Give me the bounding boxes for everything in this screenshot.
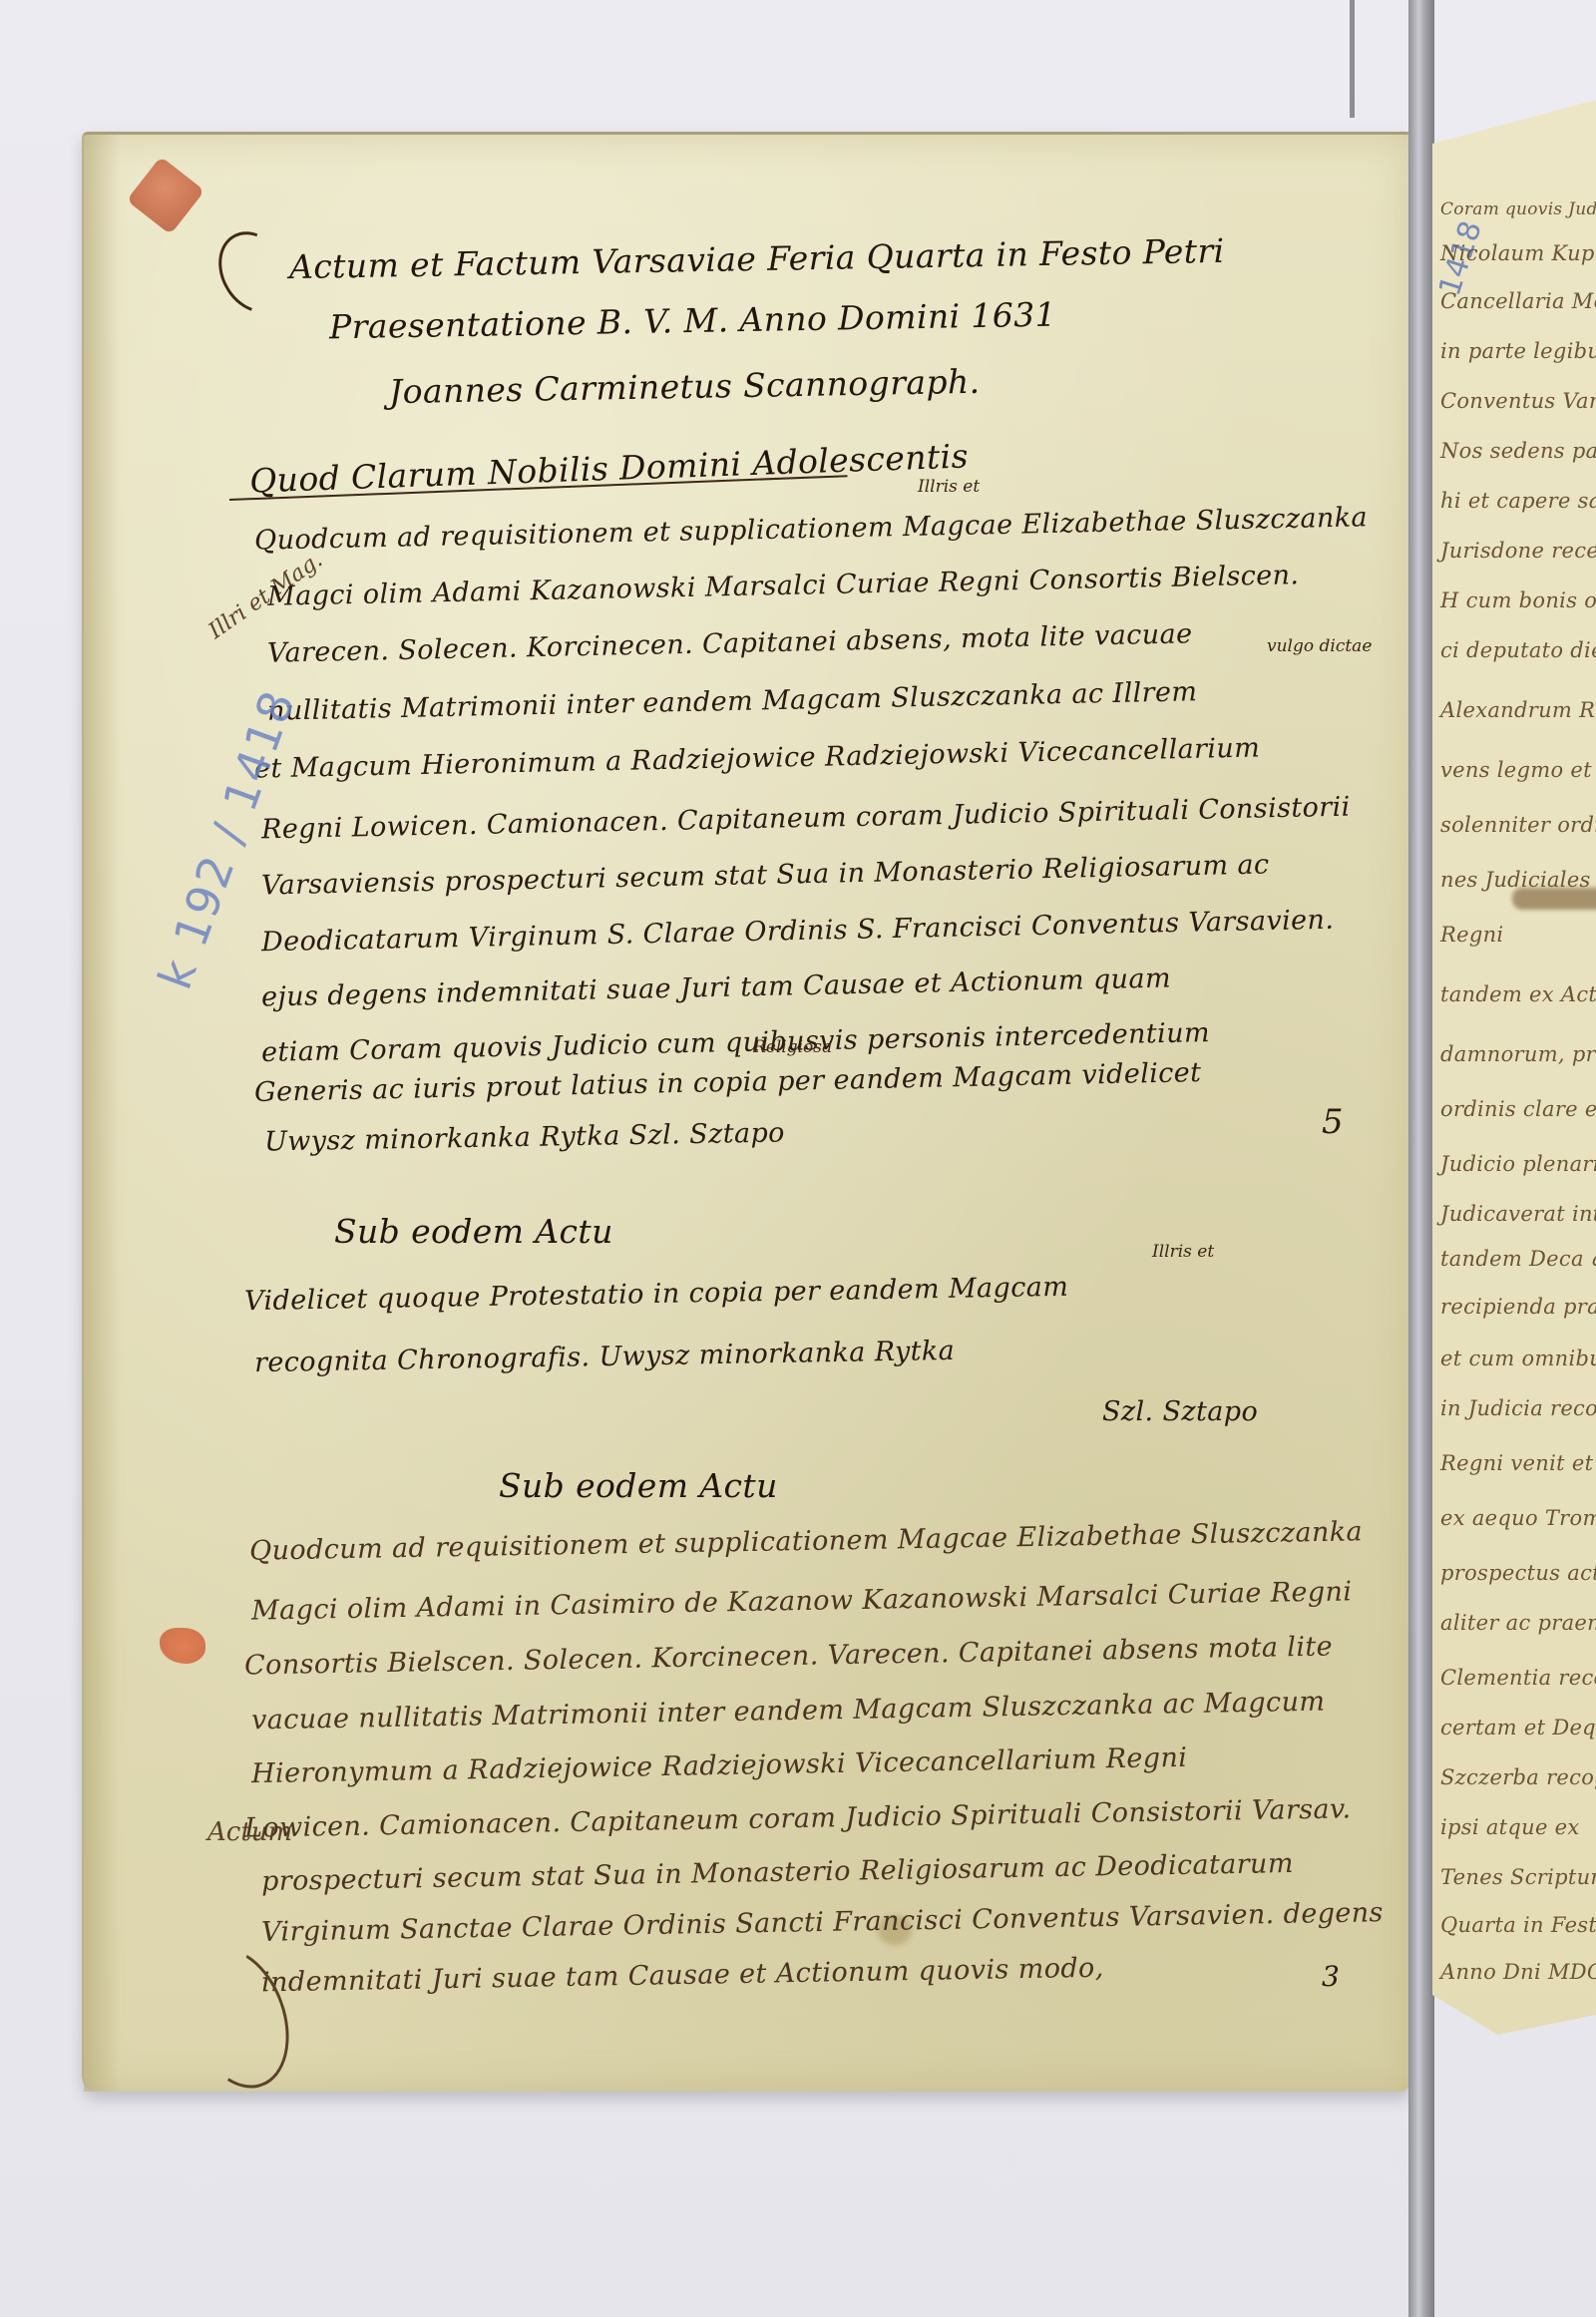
- facing-line-34: Quarta in Festo: [1440, 1913, 1596, 1937]
- facing-line-13: solenniter ordinat: [1440, 813, 1596, 837]
- facing-line-27: prospectus actuum gen: [1440, 1561, 1596, 1585]
- entry2-title: Sub eodem Actu: [334, 1212, 613, 1251]
- binding-clip: [1350, 0, 1355, 118]
- facing-line-28: aliter ac praemet: [1440, 1611, 1596, 1635]
- entry1-interlinear: Illris et: [918, 477, 980, 497]
- facing-line-5: Conventus Varsa: [1440, 389, 1596, 413]
- entry2-line-3: Szl. Sztapo: [1102, 1396, 1258, 1427]
- facing-line-35: Anno Dni MDCL: [1440, 1960, 1596, 1984]
- facing-line-3: Cancellaria Moz: [1440, 289, 1596, 313]
- facing-line-2: Nicolaum Kupie: [1440, 241, 1596, 265]
- page-edge-shadow: [84, 135, 120, 2092]
- facing-line-25: Regni venit et: [1440, 1451, 1593, 1475]
- facing-line-22: recipienda praescriptu: [1440, 1295, 1596, 1319]
- facing-line-32: ipsi atque ex: [1440, 1815, 1580, 1839]
- entry1-interlinear-2: vulgo dictae: [1267, 636, 1372, 656]
- binding-gutter: [1408, 0, 1434, 2317]
- facing-line-4: in parte legibus: [1440, 339, 1596, 363]
- facing-line-1: Coram quovis Judicio: [1440, 199, 1596, 219]
- facing-line-21: tandem Deca quotidi: [1440, 1247, 1596, 1271]
- facing-line-15: Regni: [1440, 923, 1503, 947]
- facing-line-18: ordinis clare et: [1440, 1097, 1596, 1121]
- entry1-interlinear-3: Religiosa: [753, 1037, 832, 1057]
- facing-line-10: ci deputato die: [1440, 638, 1596, 662]
- facing-line-16: tandem ex Actorati,: [1440, 982, 1596, 1006]
- facing-line-12: vens legmo et ii: [1440, 758, 1596, 782]
- facing-line-8: Jurisdone recede: [1440, 539, 1596, 563]
- facing-line-31: Szczerba recogno: [1440, 1765, 1596, 1789]
- facing-line-30: certam et Dequi: [1440, 1716, 1596, 1739]
- folio-mark-3: 3: [1322, 1960, 1340, 1993]
- facing-line-6: Nos sedens pala: [1440, 439, 1596, 463]
- facing-line-14: nes Judiciales in: [1440, 868, 1596, 892]
- facing-line-33: Tenes Scriptum Reg: [1440, 1865, 1596, 1889]
- entry2-interlinear: Illris et: [1152, 1242, 1214, 1262]
- facing-line-20: Judicaverat intervena: [1440, 1202, 1596, 1226]
- facing-line-23: et cum omnibus: [1440, 1347, 1596, 1370]
- facing-line-17: damnorum, praeterea: [1440, 1042, 1596, 1066]
- facing-line-7: hi et capere sana: [1440, 489, 1596, 513]
- facing-line-11: Alexandrum Rad: [1440, 698, 1596, 722]
- facing-line-24: in Judicia recognite: [1440, 1396, 1596, 1420]
- facing-line-19: Judicio plenarie et: [1440, 1152, 1596, 1176]
- folio-mark-5: 5: [1322, 1102, 1344, 1142]
- facing-line-26: ex aequo Trombe: [1440, 1506, 1596, 1530]
- entry3-title: Sub eodem Actu: [499, 1466, 778, 1505]
- manuscript-scan: Actum et Factum Varsaviae Feria Quarta i…: [0, 0, 1596, 2317]
- facing-page: 1418 Coram quovis Judicio Nicolaum Kupie…: [1432, 100, 1596, 2095]
- facing-line-9: H cum bonis omn: [1440, 588, 1596, 612]
- facing-line-29: Clementia recogn: [1440, 1666, 1596, 1690]
